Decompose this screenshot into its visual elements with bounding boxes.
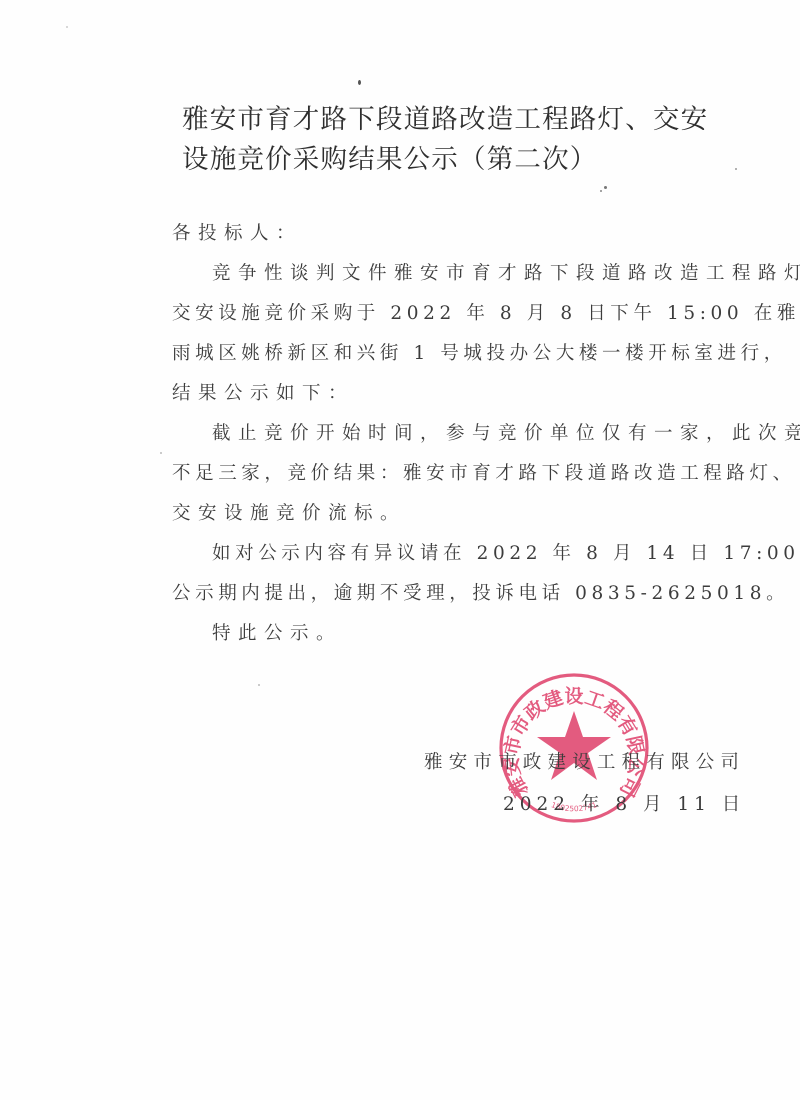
title-line-2: 设施竞价采购结果公示（第二次） <box>182 140 742 180</box>
closing-line: 特此公示。 <box>172 614 732 654</box>
scan-speck <box>66 26 68 28</box>
scan-speck <box>600 190 602 192</box>
paragraph-2-line-3: 交安设施竞价流标。 <box>172 494 732 534</box>
paragraph-3-line-2: 公示期内提出，逾期不受理，投诉电话 0835-2625018。 <box>172 574 732 614</box>
paragraph-3-line-1: 如对公示内容有异议请在 2022 年 8 月 14 日 17:00 之前 <box>172 534 732 574</box>
document-title: 雅安市育才路下段道路改造工程路灯、交安 设施竞价采购结果公示（第二次） <box>182 100 742 180</box>
paragraph-2-line-2: 不足三家，竞价结果：雅安市育才路下段道路改造工程路灯、 <box>172 454 732 494</box>
scan-speck <box>258 684 260 686</box>
paragraph-1-line-4: 结果公示如下： <box>172 374 732 414</box>
paragraph-2-line-1: 截止竞价开始时间，参与竞价单位仅有一家，此次竞价 <box>172 414 732 454</box>
signature-company: 雅安市市政建设工程有限公司 <box>424 748 745 774</box>
paragraph-1-line-3: 雨城区姚桥新区和兴街 1 号城投办公大楼一楼开标室进行， <box>172 334 732 374</box>
paragraph-1-line-2: 交安设施竞价采购于 2022 年 8 月 8 日下午 15:00 在雅安市 <box>172 294 732 334</box>
document-body: 各投标人： 竞争性谈判文件雅安市育才路下段道路改造工程路灯、 交安设施竞价采购于… <box>172 214 732 654</box>
title-line-1: 雅安市育才路下段道路改造工程路灯、交安 <box>182 100 742 140</box>
salutation: 各投标人： <box>172 214 732 254</box>
scan-speck <box>160 452 162 454</box>
scan-speck <box>358 80 361 85</box>
signature-date: 2022 年 8 月 11 日 <box>503 790 745 816</box>
document-page: 雅安市育才路下段道路改造工程路灯、交安 设施竞价采购结果公示（第二次） 各投标人… <box>0 0 800 1100</box>
paragraph-1-line-1: 竞争性谈判文件雅安市育才路下段道路改造工程路灯、 <box>172 254 732 294</box>
scan-speck <box>604 186 607 189</box>
